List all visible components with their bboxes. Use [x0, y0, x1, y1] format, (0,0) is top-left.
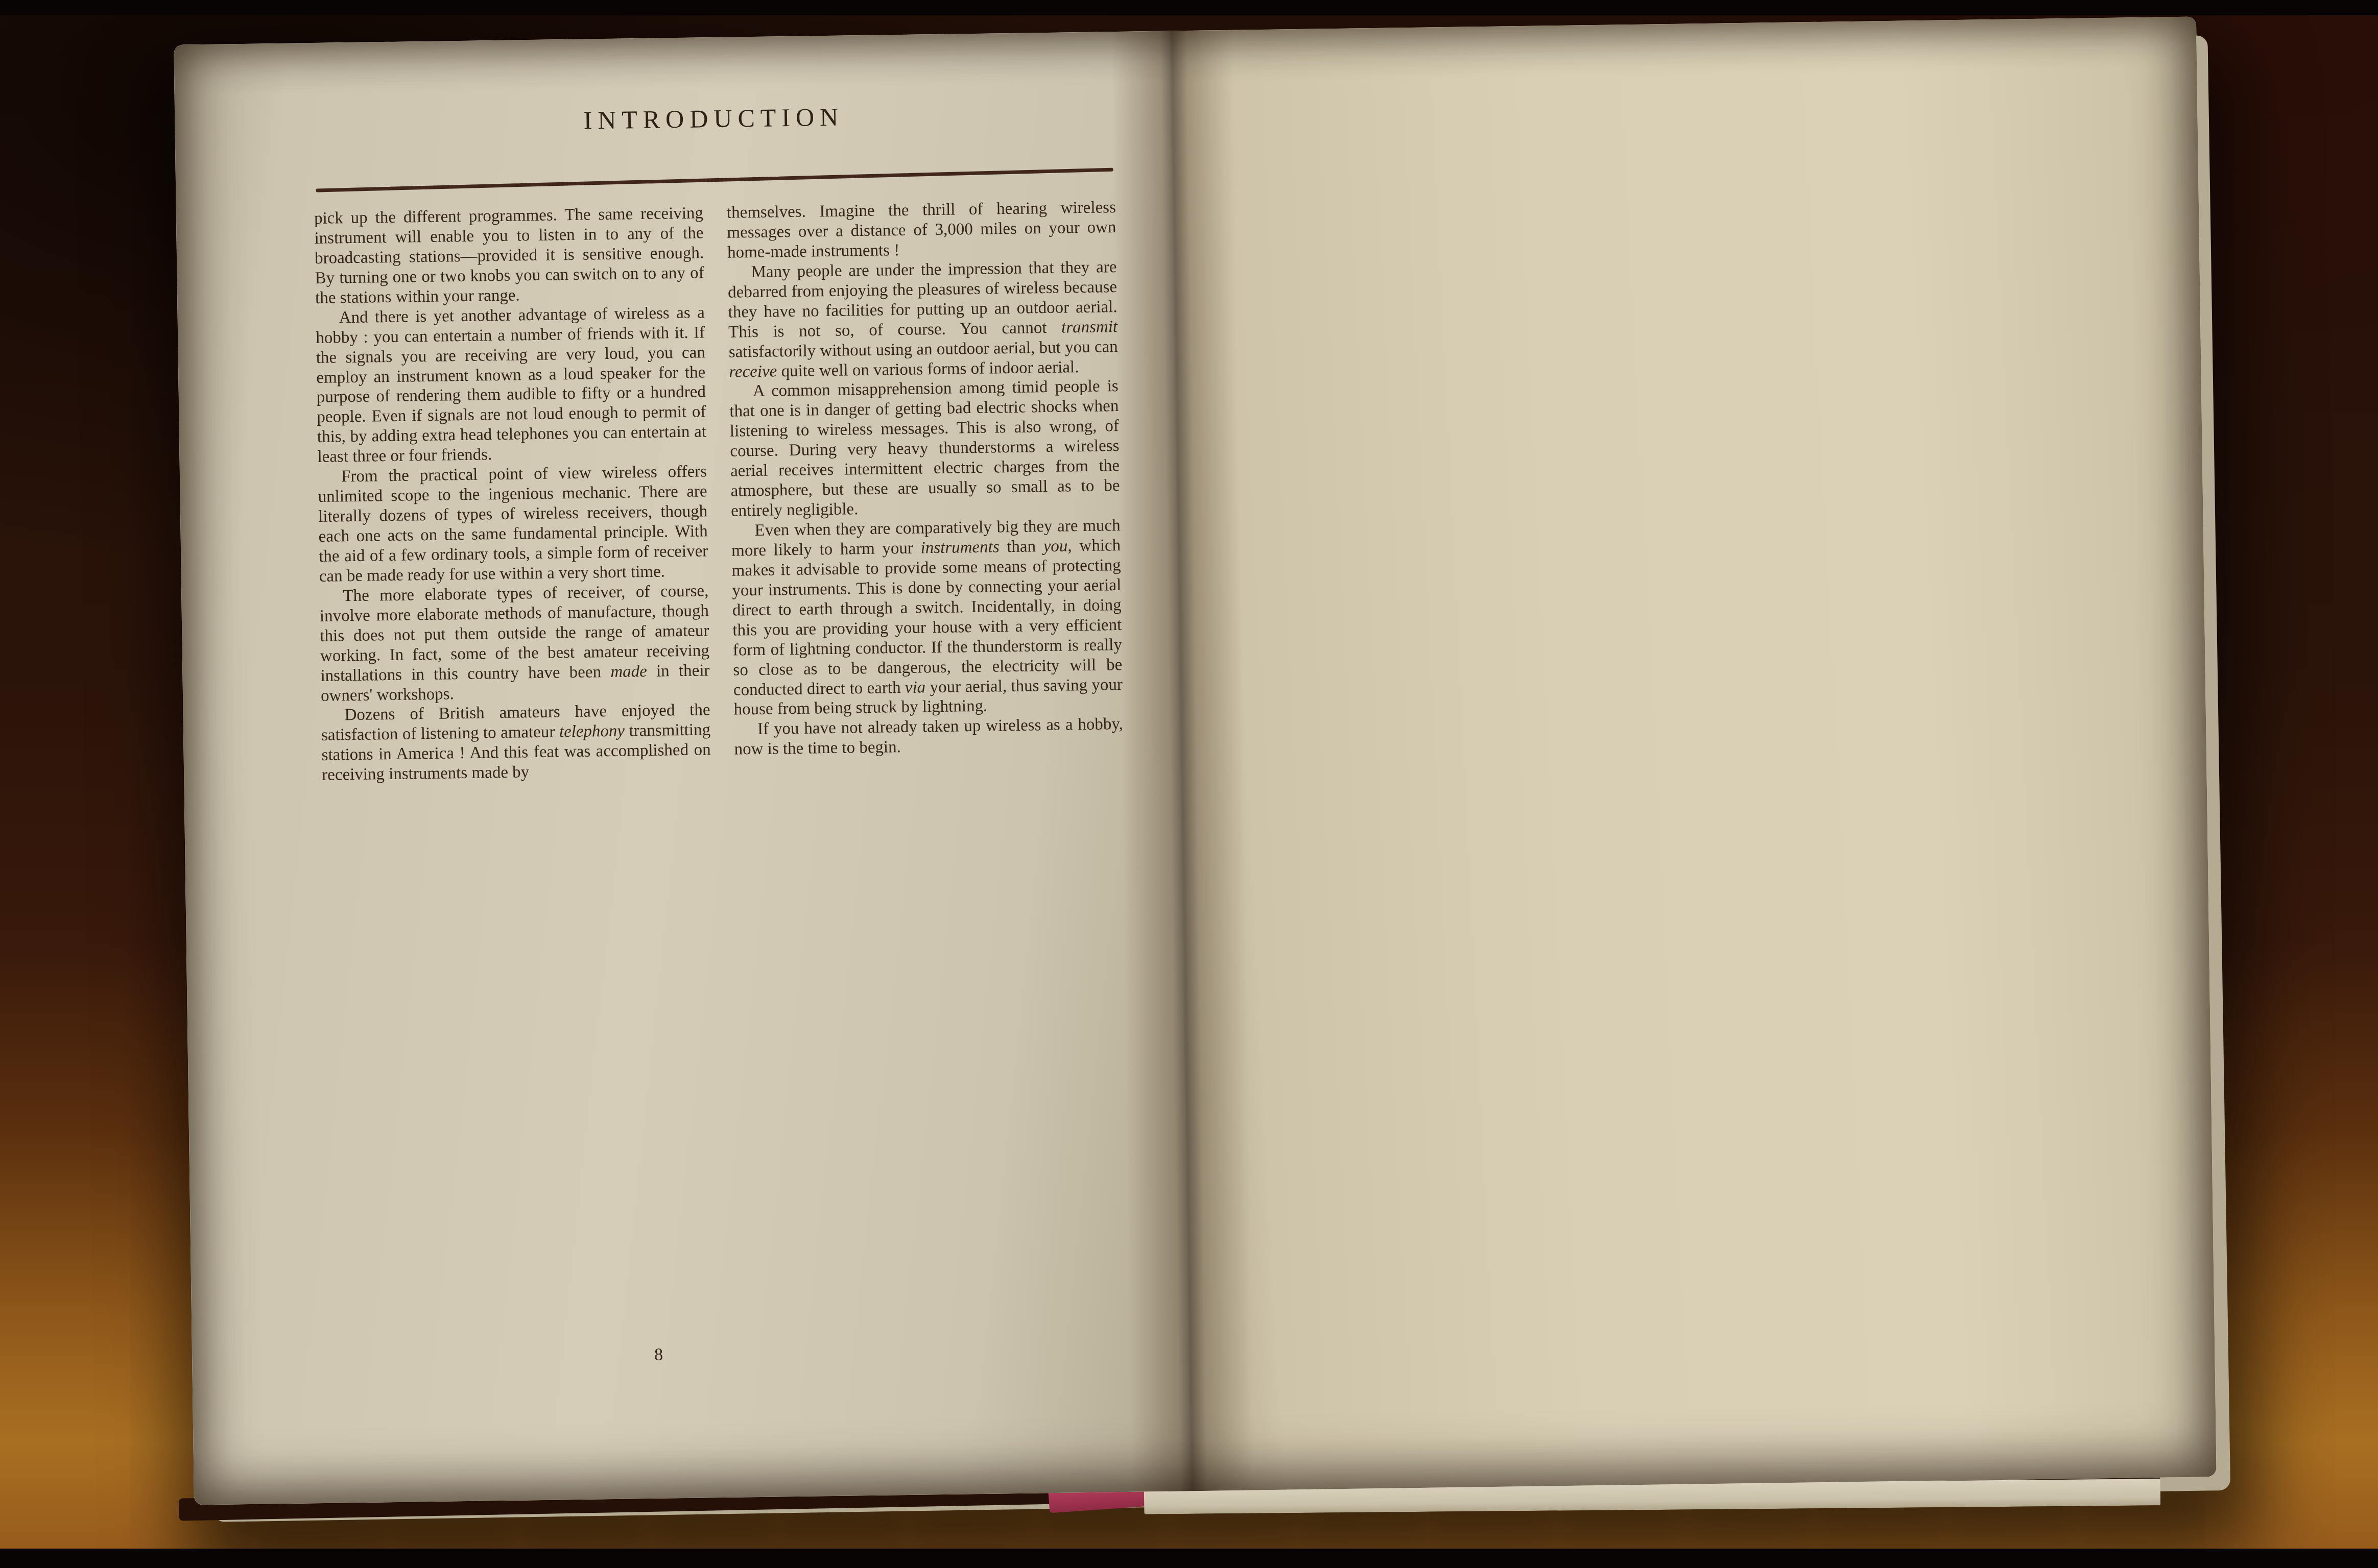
paragraph: themselves. Imagine the thrill of hearin…: [727, 198, 1117, 262]
paragraph: From the practical point of view wireles…: [318, 462, 708, 586]
paragraph: A common misapprehension among timid peo…: [729, 376, 1121, 521]
left-page: INTRODUCTION pick up the different progr…: [174, 31, 1190, 1505]
left-page-content: INTRODUCTION pick up the different progr…: [313, 98, 1124, 785]
letterbox-bottom: [0, 1549, 2378, 1568]
paragraph: If you have not already taken up wireles…: [734, 714, 1124, 760]
right-page: CONTENTS page Introduction. . . . . . . …: [1170, 16, 2217, 1491]
page-number-left: 8: [654, 1345, 663, 1365]
paragraph: Even when they are comparatively big the…: [731, 516, 1123, 720]
paragraph: Dozens of British amateurs have enjoyed …: [321, 701, 711, 785]
text-columns: pick up the different programmes. The sa…: [314, 198, 1124, 785]
paragraph: The more elaborate types of receiver, of…: [319, 581, 710, 706]
left-column: pick up the different programmes. The sa…: [314, 203, 711, 785]
letterbox-top: [0, 0, 2378, 15]
right-column: themselves. Imagine the thrill of hearin…: [727, 198, 1124, 780]
paragraph: Many people are under the impression tha…: [727, 257, 1118, 382]
paragraph: And there is yet another advantage of wi…: [315, 303, 706, 467]
paragraph: pick up the different programmes. The sa…: [314, 203, 705, 308]
header-rule: [316, 168, 1113, 192]
open-book: INTRODUCTION pick up the different progr…: [174, 16, 2217, 1505]
running-head: INTRODUCTION: [313, 98, 1115, 139]
